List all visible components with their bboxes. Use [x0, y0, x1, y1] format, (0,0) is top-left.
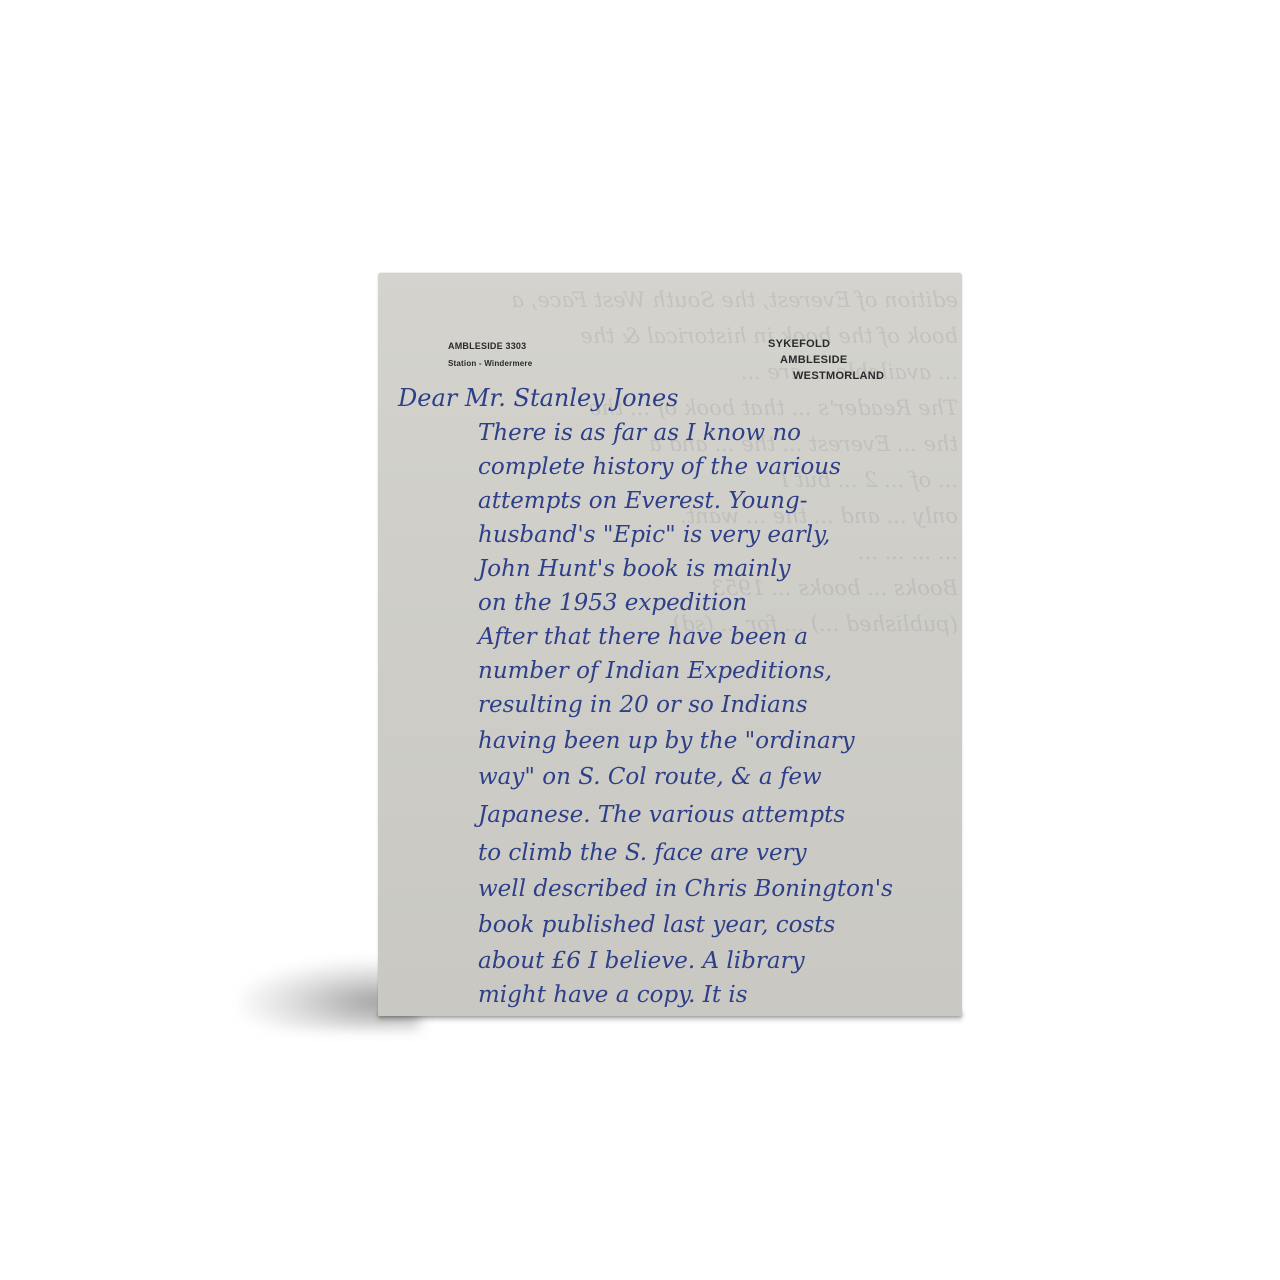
letter-line: having been up by the "ordinary: [478, 728, 855, 754]
letter-line: book published last year, costs: [478, 912, 835, 938]
letter-line: attempts on Everest. Young-: [478, 488, 808, 514]
letter-line: on the 1953 expedition: [478, 590, 747, 616]
photo-stage: edition of Everest, the South West Face,…: [0, 0, 1280, 1280]
letter-line: After that there have been a: [478, 624, 808, 650]
address-line-2: AMBLESIDE: [768, 354, 884, 370]
letter-line: complete history of the various: [478, 454, 841, 480]
letterhead-contact: AMBLESIDE 3303 Station - Windermere: [448, 341, 532, 377]
letterhead-address: SYKEFOLD AMBLESIDE WESTMORLAND: [768, 338, 884, 386]
letter-line: husband's "Epic" is very early,: [478, 522, 830, 548]
letter-line: resulting in 20 or so Indians: [478, 692, 808, 718]
letter-line: about £6 I believe. A library: [478, 948, 805, 974]
letter-salutation: Dear Mr. Stanley Jones: [398, 384, 679, 412]
address-line-1: SYKEFOLD: [768, 338, 884, 354]
letter-line: to climb the S. face are very: [478, 840, 807, 866]
letter-sheet: edition of Everest, the South West Face,…: [378, 272, 962, 1016]
letter-line: might have a copy. It is: [478, 982, 748, 1008]
letterhead-phone: AMBLESIDE 3303: [448, 341, 532, 359]
letterhead-station: Station - Windermere: [448, 359, 532, 377]
letter-line: way" on S. Col route, & a few: [478, 764, 822, 790]
letter-line: There is as far as I know no: [478, 420, 801, 446]
letter-line: John Hunt's book is mainly: [478, 556, 791, 582]
letter-line: well described in Chris Bonington's: [478, 876, 893, 902]
address-line-3: WESTMORLAND: [768, 370, 884, 386]
letter-line: number of Indian Expeditions,: [478, 658, 832, 684]
letter-line: Japanese. The various attempts: [478, 802, 845, 828]
